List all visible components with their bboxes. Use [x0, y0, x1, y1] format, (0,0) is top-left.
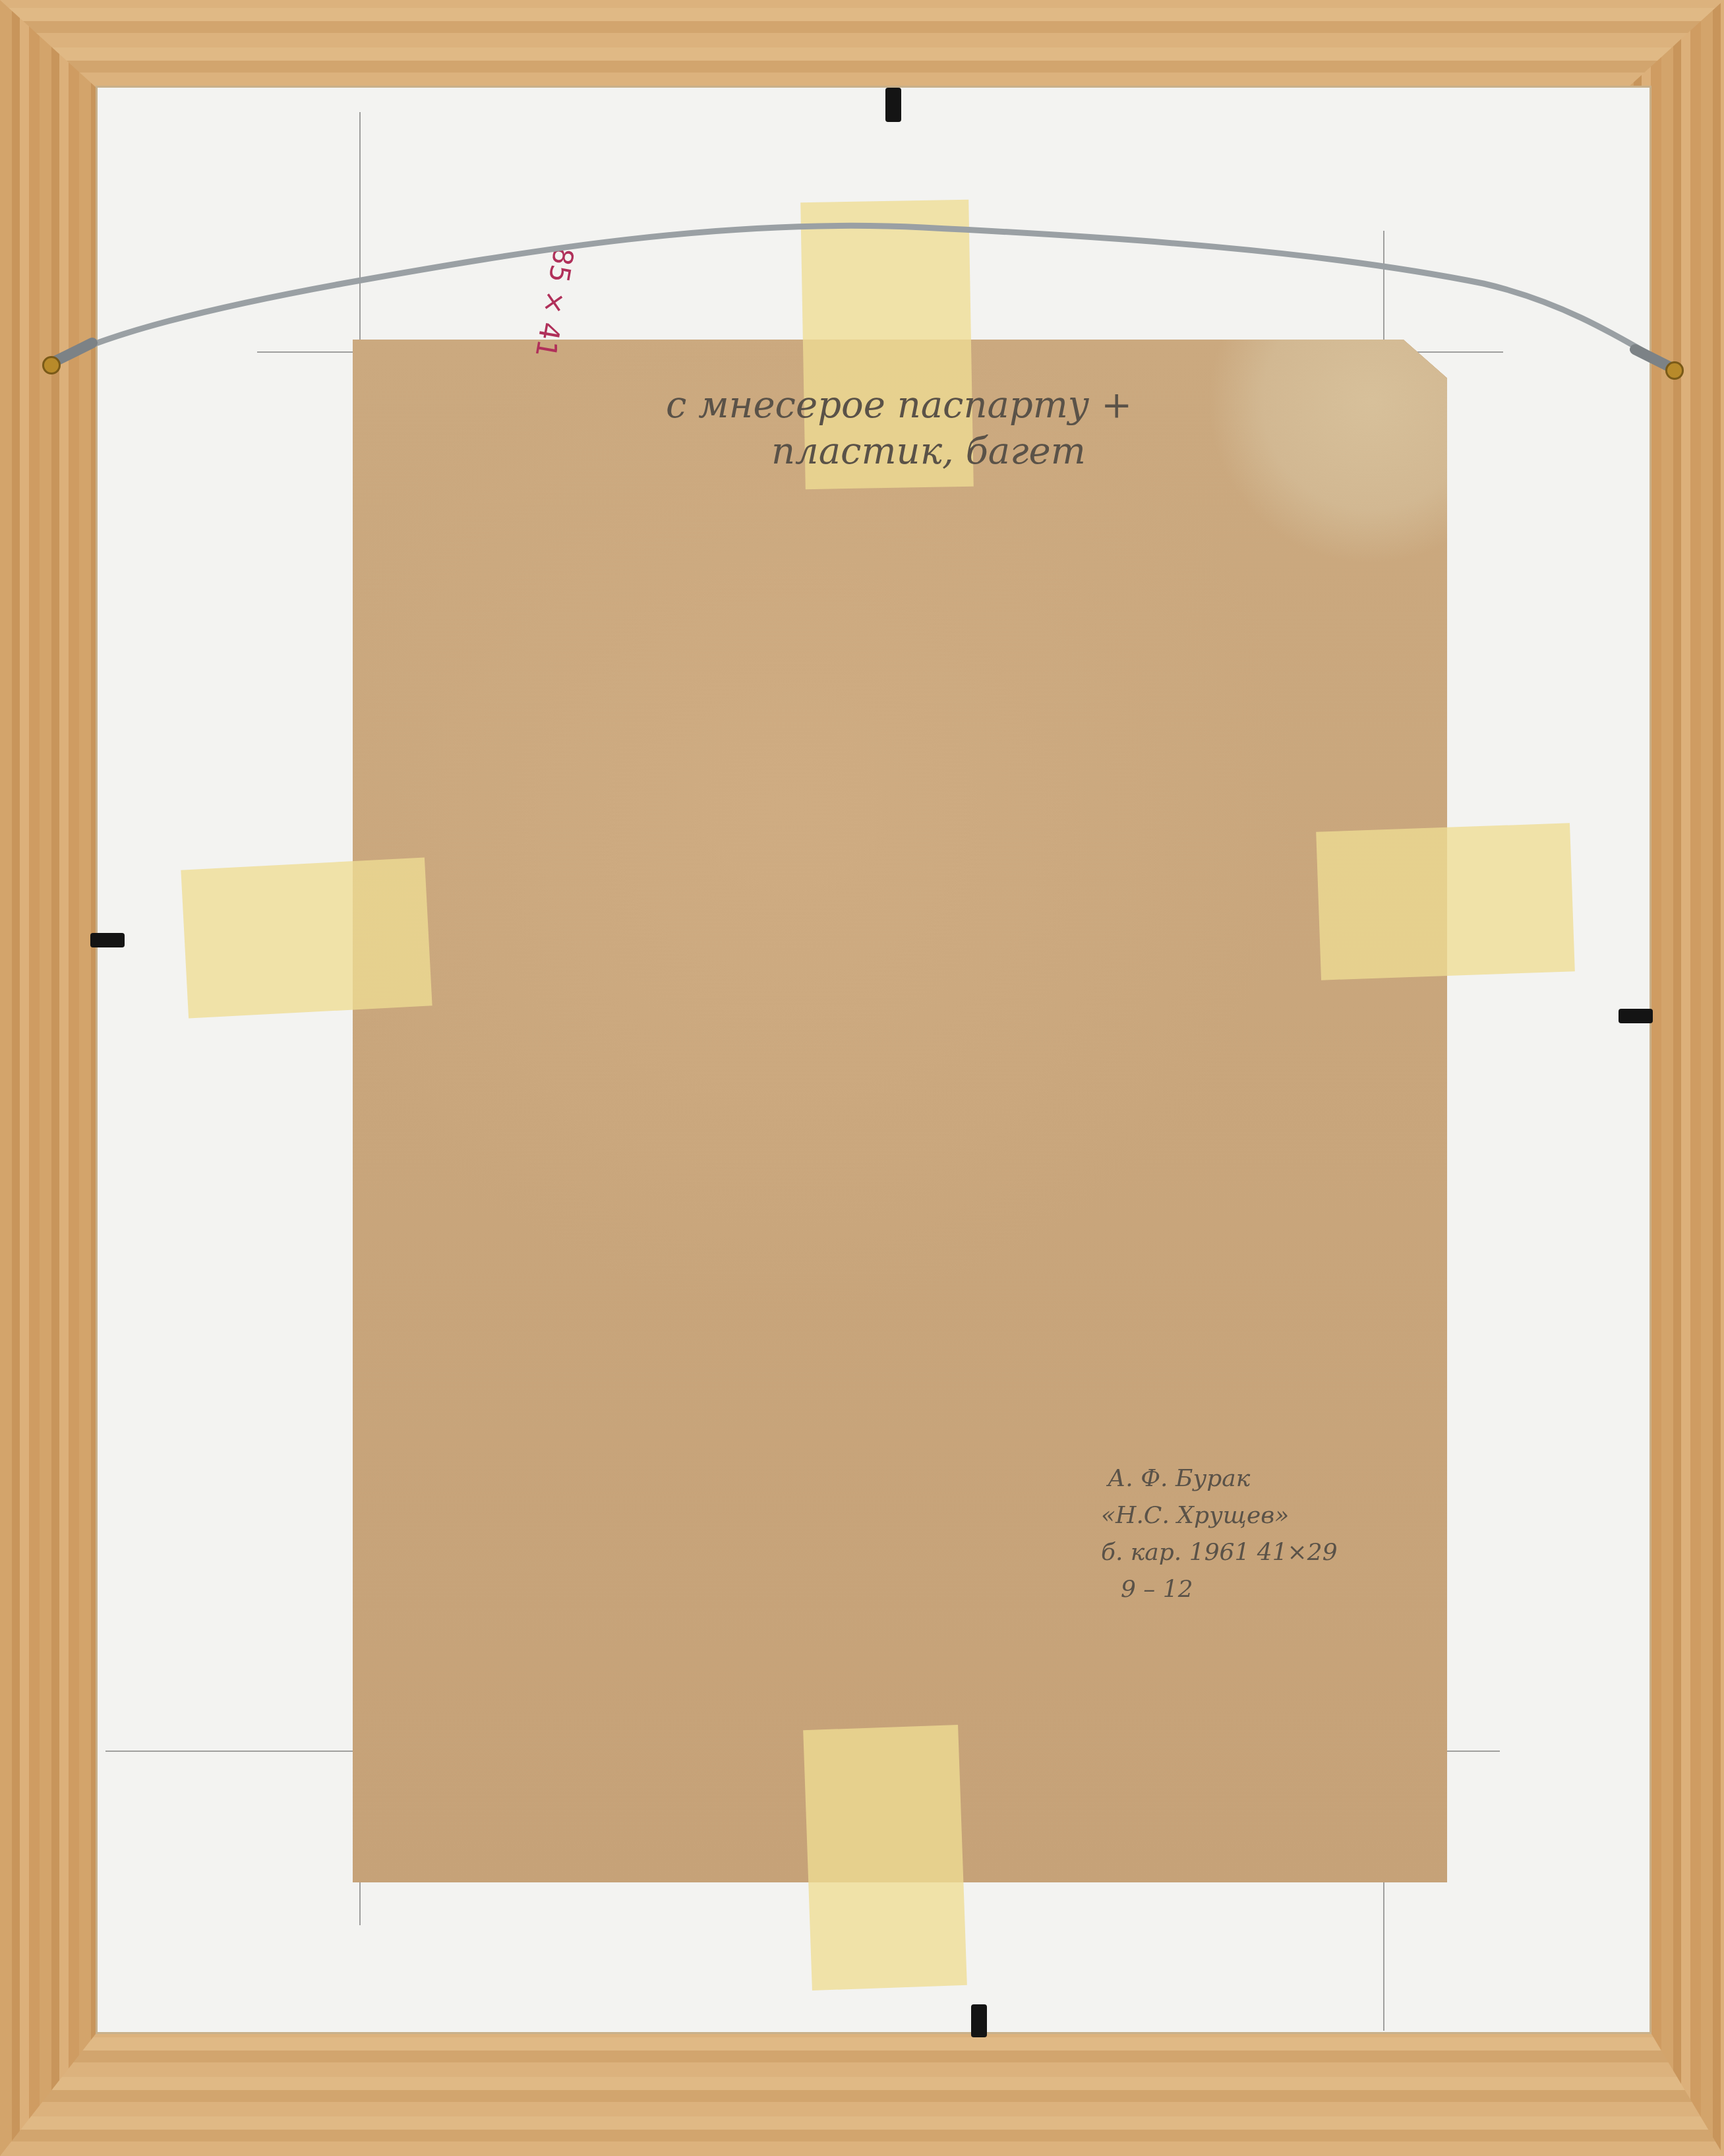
retaining-clip-top [885, 88, 901, 122]
pencil-note-framing: с мнесерое паспарту + пластик, багет [666, 382, 1132, 475]
artwork-paper-back [353, 340, 1447, 1882]
retaining-clip-left [90, 933, 125, 947]
tape-right [1316, 823, 1575, 980]
tape-bottom [803, 1725, 967, 1991]
frame-bottom-rail [0, 2034, 1724, 2156]
tape-left [181, 857, 432, 1018]
pencil-note-attribution: А. Ф. Бурак «Н.С. Хрущев» б. кар. 1961 4… [1101, 1460, 1338, 1608]
screw-eye-left [42, 356, 61, 374]
artwork-details: б. кар. 1961 41×29 [1101, 1534, 1338, 1571]
inventory-code: 9 – 12 [1101, 1571, 1338, 1608]
screw-eye-right [1665, 361, 1684, 380]
artist-name: А. Ф. Бурак [1101, 1460, 1338, 1497]
retaining-clip-right [1619, 1009, 1653, 1023]
retaining-clip-bottom [971, 2004, 987, 2037]
pencil-note-line2: пластик, багет [666, 429, 1132, 475]
artwork-title: «Н.С. Хрущев» [1101, 1497, 1338, 1534]
frame-top-rail [0, 0, 1724, 87]
pencil-note-line1: с мнесерое паспарту + [666, 382, 1132, 429]
